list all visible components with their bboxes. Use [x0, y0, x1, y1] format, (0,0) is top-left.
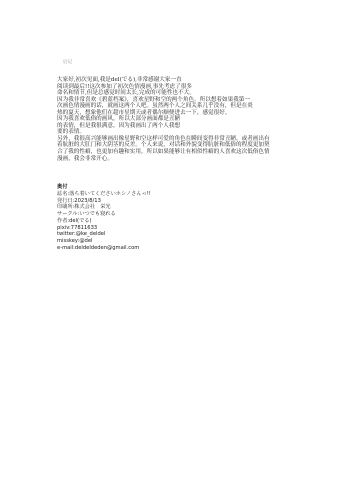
document-page: 后记 大家好,初次见面,我是del(でる),非常感谢大家一直 阅读到最后!!这次… — [0, 0, 360, 501]
afterword-label: 后记 — [63, 60, 73, 66]
afterword-body: 大家好,初次见面,我是del(でる),非常感谢大家一直 阅读到最后!!这次参加了… — [57, 77, 307, 162]
colophon-author: 作者:del(でる) — [57, 218, 307, 225]
body-line: 合了我的性癖，也更加有趣和实用。所以如果能够让有相似性癖的人喜欢这次低俗色情 — [57, 149, 307, 156]
colophon: 奥付 誌名:落ち着いてくださいホシノさんっ!! 発行日:2023/8/13 印刷… — [57, 184, 307, 252]
colophon-twitter: twitter:@ke_deldel — [57, 231, 307, 238]
body-line: 漫画，我会非常开心。 — [57, 156, 307, 163]
colophon-circle: サークル:いつでも寝れる — [57, 211, 307, 218]
colophon-title: 奥付 — [57, 184, 307, 191]
colophon-book-title: 誌名:落ち着いてくださいホシノさんっ!! — [57, 191, 307, 198]
colophon-pixiv: pixiv:77811633 — [57, 225, 307, 232]
colophon-email: e-mail:deldeldeden@gmail.com — [57, 245, 307, 252]
colophon-misskey: misskey:@del — [57, 238, 307, 245]
colophon-printer: 印刷所:株式会社 栄光 — [57, 204, 307, 211]
